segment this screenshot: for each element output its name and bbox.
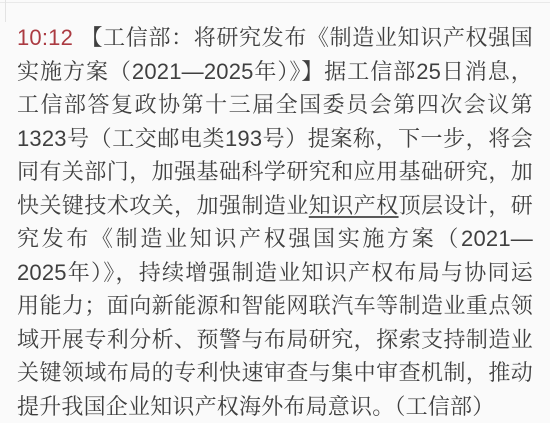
- news-body-before-link: 【工信部：将研究发布《制造业知识产权强国实施方案（2021—2025年）》】据工…: [17, 25, 533, 218]
- news-flash-text: 10:12【工信部：将研究发布《制造业知识产权强国实施方案（2021—2025年…: [17, 21, 533, 423]
- news-body-after-link: 顶层设计，研究发布《制造业知识产权强国实施方案（2021—2025年）》，持续增…: [17, 193, 533, 419]
- keyword-link-intellectual-property[interactable]: 知识产权: [309, 193, 399, 218]
- news-timestamp: 10:12: [17, 25, 73, 50]
- news-flash-item: 10:12【工信部：将研究发布《制造业知识产权强国实施方案（2021—2025年…: [0, 0, 550, 423]
